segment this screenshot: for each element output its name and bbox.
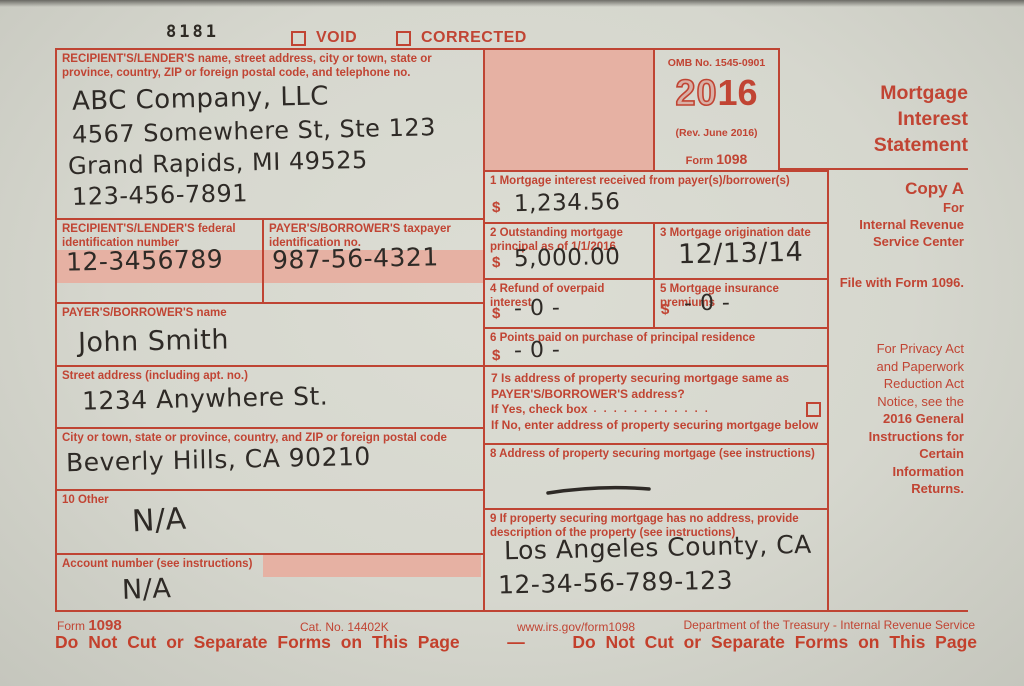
handwritten-other: N/A <box>131 502 187 540</box>
form-1098-page: 8181 VOID CORRECTED RECIPIENT'S/LENDER'S… <box>0 0 1024 686</box>
omb-number: OMB No. 1545-0901 <box>655 57 778 69</box>
account-number-box: Account number (see instructions) <box>55 553 485 612</box>
box-8-label: 8 Address of property securing mortgage … <box>485 445 827 462</box>
handwritten-payer-name: John Smith <box>78 324 230 358</box>
handwritten-box-9-line2: 12-34-56-789-123 <box>498 566 734 600</box>
handwritten-recipient-phone: 123-456-7891 <box>72 179 249 211</box>
box-4-refund-overpaid: 4 Refund of overpaid interest <box>483 278 655 329</box>
box-5-insurance-premiums: 5 Mortgage insurance premiums <box>653 278 829 329</box>
print-code: 8181 <box>166 22 219 42</box>
box-8-property-address: 8 Address of property securing mortgage … <box>483 443 829 510</box>
box-7-line1: 7 Is address of property securing mortga… <box>491 371 821 387</box>
handwritten-recipient-name: ABC Company, LLC <box>72 81 330 116</box>
corrected-label: CORRECTED <box>421 29 527 47</box>
omb-year-box: OMB No. 1545-0901 2016 (Rev. June 2016) … <box>653 48 780 172</box>
box-10-label: 10 Other <box>57 491 483 508</box>
payer-name-label: PAYER'S/BORROWER'S name <box>57 304 483 321</box>
dollar-sign: $ <box>492 199 500 216</box>
handwritten-box-4-value: - 0 - <box>514 296 561 322</box>
handwritten-street-address: 1234 Anywhere St. <box>82 381 329 415</box>
box-4-label: 4 Refund of overpaid interest <box>485 280 653 310</box>
revision-date: (Rev. June 2016) <box>655 127 778 139</box>
tax-year: 2016 <box>655 73 778 121</box>
dollar-sign: $ <box>661 301 669 318</box>
file-with-note: File with Form 1096. <box>832 274 964 292</box>
box-7-yes-label: If Yes, check box <box>491 402 588 418</box>
handwritten-account-number: N/A <box>121 573 171 606</box>
form-title: Mortgage Interest Statement <box>810 80 968 158</box>
box-7-no-label: If No, enter address of property securin… <box>491 418 821 434</box>
handwritten-box-1-value: 1,234.56 <box>514 189 621 217</box>
void-checkbox[interactable] <box>291 31 306 46</box>
form-number-line: Form 1098 <box>655 151 778 167</box>
handwritten-line <box>545 483 653 497</box>
copy-a-block: Copy A For Internal Revenue Service Cent… <box>832 178 964 250</box>
dollar-sign: $ <box>492 347 500 364</box>
do-not-cut-banner: Do Not Cut or Separate Forms on This Pag… <box>55 632 977 653</box>
handwritten-box-2-value: 5,000.00 <box>514 244 621 272</box>
dollar-sign: $ <box>492 254 500 271</box>
account-number-label: Account number (see instructions) <box>57 555 483 572</box>
box-10-other: 10 Other <box>55 489 485 555</box>
handwritten-box-3-value: 12/13/14 <box>678 237 804 271</box>
void-label: VOID <box>316 29 357 47</box>
handwritten-payer-tin: 987-56-4321 <box>272 242 439 274</box>
recipient-lender-label: RECIPIENT'S/LENDER'S name, street addres… <box>57 50 483 80</box>
dotted-leader: . . . . . . . . . . . . <box>594 402 801 418</box>
shaded-blank-box <box>483 48 655 172</box>
box-1-label: 1 Mortgage interest received from payer(… <box>485 172 827 189</box>
handwritten-box-6-value: - 0 - <box>514 338 561 364</box>
copy-a-title: Copy A <box>832 178 964 199</box>
handwritten-recipient-tin: 12-3456789 <box>66 244 224 276</box>
box-7-line2: PAYER'S/BORROWER'S address? <box>491 387 821 403</box>
corrected-checkbox[interactable] <box>396 31 411 46</box>
privacy-act-note: For Privacy Act and Paperwork Reduction … <box>832 340 964 498</box>
handwritten-box-5-value: - 0 - <box>684 291 731 317</box>
box-7-same-address: 7 Is address of property securing mortga… <box>483 365 829 445</box>
footer-department: Department of the Treasury - Internal Re… <box>660 618 975 632</box>
dollar-sign: $ <box>492 305 500 322</box>
yes-checkbox[interactable] <box>806 402 821 417</box>
street-address-label: Street address (including apt. no.) <box>57 367 483 384</box>
box-5-label: 5 Mortgage insurance premiums <box>655 280 827 310</box>
